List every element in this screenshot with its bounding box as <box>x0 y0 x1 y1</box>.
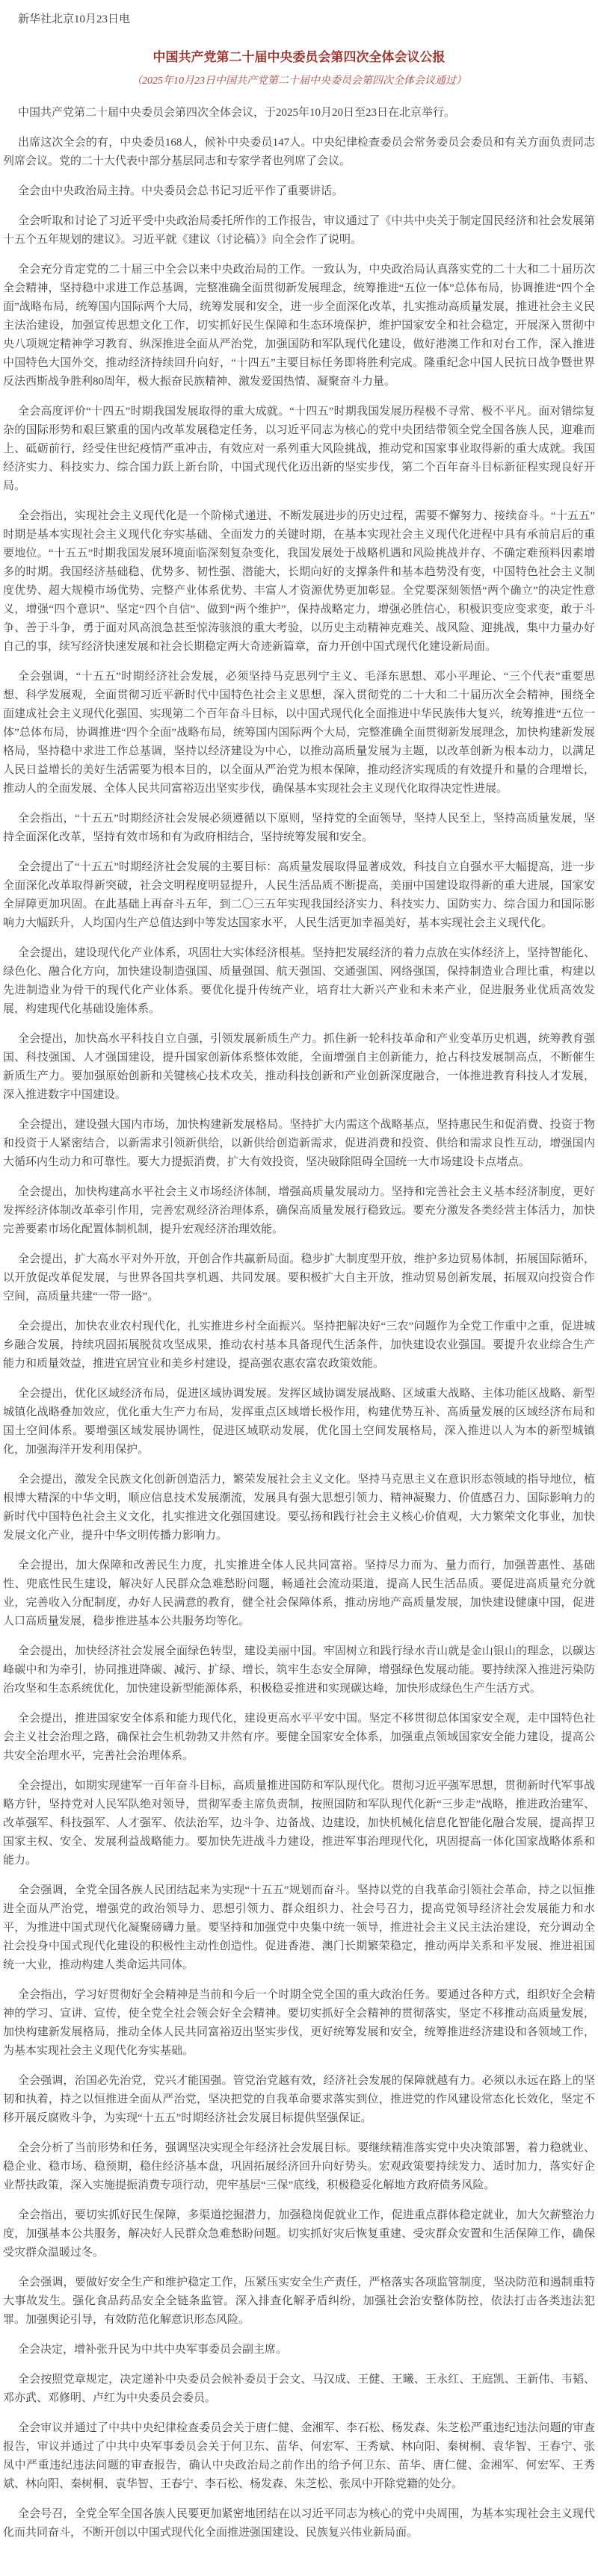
page-subtitle: （2025年10月23日中国共产党第二十届中央委员会第四次全体会议通过） <box>3 74 595 89</box>
paragraph: 全会强调，要做好安全生产和维护稳定工作，压紧压实安全生产责任，严格落实各项监管制… <box>3 2274 595 2330</box>
paragraph: 全会提出，加快高水平科技自立自强，引领发展新质生产力。抓住新一轮科技革命和产业变… <box>3 1030 595 1105</box>
paragraph: 全会提出，建设强大国内市场，加快构建新发展格局。坚持扩大内需这个战略基点，坚持惠… <box>3 1116 595 1172</box>
paragraph: 全会提出了“十五五”时期经济社会发展的主要目标：高质量发展取得显著成效，科技自立… <box>3 858 595 933</box>
paragraph: 全会指出，实现社会主义现代化是一个阶梯式递进、不断发展进步的历史过程，需要不懈努… <box>3 507 595 657</box>
paragraph: 全会提出，加快农业农村现代化，扎实推进乡村全面振兴。坚持把解决好“三农”问题作为… <box>3 1318 595 1374</box>
paragraph: 全会强调，全党全国各族人民团结起来为实现“十五五”规划而奋斗。坚持以党的自我革命… <box>3 1881 595 1975</box>
paragraph: 出席这次全会的有，中央委员168人，候补中央委员147人。中央纪律检查委员会常务… <box>3 134 595 171</box>
paragraph: 全会提出，优化区域经济布局，促进区域协调发展。发挥区域协调发展战略、区域重大战略… <box>3 1385 595 1459</box>
paragraph: 全会充分肯定党的二十届三中全会以来中央政治局的工作。一致认为，中央政治局认真落实… <box>3 261 595 391</box>
paragraph: 全会强调，治国必先治党，党兴才能国强。管党治党越有效，经济社会发展的保障就越有力… <box>3 2072 595 2128</box>
paragraph: 全会指出，“十五五”时期经济社会发展必须遵循以下原则，坚持党的全面领导，坚持人民… <box>3 810 595 847</box>
paragraph: 全会强调，“十五五”时期经济社会发展，必须坚持马克思列宁主义、毛泽东思想、邓小平… <box>3 668 595 798</box>
paragraph: 全会由中央政治局主持。中央委员会总书记习近平作了重要讲话。 <box>3 182 595 201</box>
paragraph: 全会听取和讨论了习近平受中央政治局委托所作的工作报告，审议通过了《中共中央关于制… <box>3 212 595 249</box>
paragraph: 全会高度评价“十四五”时期我国发展取得的重大成就。“十四五”时期我国发展历程极不… <box>3 403 595 496</box>
paragraph: 全会提出，推进国家安全体系和能力现代化，建设更高水平平安中国。坚定不移贯彻总体国… <box>3 1710 595 1766</box>
paragraph: 全会提出，加大保障和改善民生力度，扎实推进全体人民共同富裕。坚持尽力而为、量力而… <box>3 1557 595 1631</box>
paragraph: 全会决定，增补张升民为中共中央军事委员会副主席。 <box>3 2341 595 2359</box>
news-agency-dateline: 新华社北京10月23日电 <box>3 10 595 29</box>
paragraph: 全会提出，如期实现建军一百年奋斗目标，高质量推进国防和军队现代化。贯彻习近平强军… <box>3 1777 595 1870</box>
page-title: 中国共产党第二十届中央委员会第四次全体会议公报 <box>3 49 595 66</box>
paragraph: 全会审议并通过了中共中央纪律检查委员会关于唐仁健、金湘军、李石松、杨发森、朱芝松… <box>3 2419 595 2494</box>
paragraph: 全会号召，全党全军全国各族人民要更加紧密地团结在以习近平同志为核心的党中央周围，… <box>3 2505 595 2542</box>
paragraph: 全会提出，建设现代化产业体系，巩固壮大实体经济根基。坚持把发展经济的着力点放在实… <box>3 944 595 1019</box>
paragraph: 全会提出，加快构建高水平社会主义市场经济体制，增强高质量发展动力。坚持和完善社会… <box>3 1183 595 1239</box>
paragraph: 全会指出，要切实抓好民生保障，多渠道挖掘潜力，加强稳岗促就业工作，促进重点群体稳… <box>3 2206 595 2262</box>
paragraph: 全会提出，加快经济社会发展全面绿色转型，建设美丽中国。牢固树立和践行绿水青山就是… <box>3 1642 595 1698</box>
paragraph: 全会指出，学习好贯彻好全会精神是当前和今后一个时期全党全国的重大政治任务。要通过… <box>3 1986 595 2061</box>
paragraph: 全会分析了当前形势和任务，强调坚决实现全年经济社会发展目标。要继续精准落实党中央… <box>3 2139 595 2195</box>
paragraph: 全会提出，激发全民族文化创新创造活力，繁荣发展社会主义文化。坚持马克思主义在意识… <box>3 1471 595 1545</box>
article-body: 中国共产党第二十届中央委员会第四次全体会议，于2025年10月20日至23日在北… <box>3 104 595 2542</box>
paragraph: 全会按照党章规定，决定递补中央委员会候补委员于会文、马汉成、王健、王曦、王永红、… <box>3 2371 595 2408</box>
communique-page: 新华社北京10月23日电 中国共产党第二十届中央委员会第四次全体会议公报 （20… <box>0 0 598 2576</box>
paragraph: 全会提出，扩大高水平对外开放，开创合作共赢新局面。稳步扩大制度型开放，维护多边贸… <box>3 1250 595 1306</box>
paragraph: 中国共产党第二十届中央委员会第四次全体会议，于2025年10月20日至23日在北… <box>3 104 595 122</box>
